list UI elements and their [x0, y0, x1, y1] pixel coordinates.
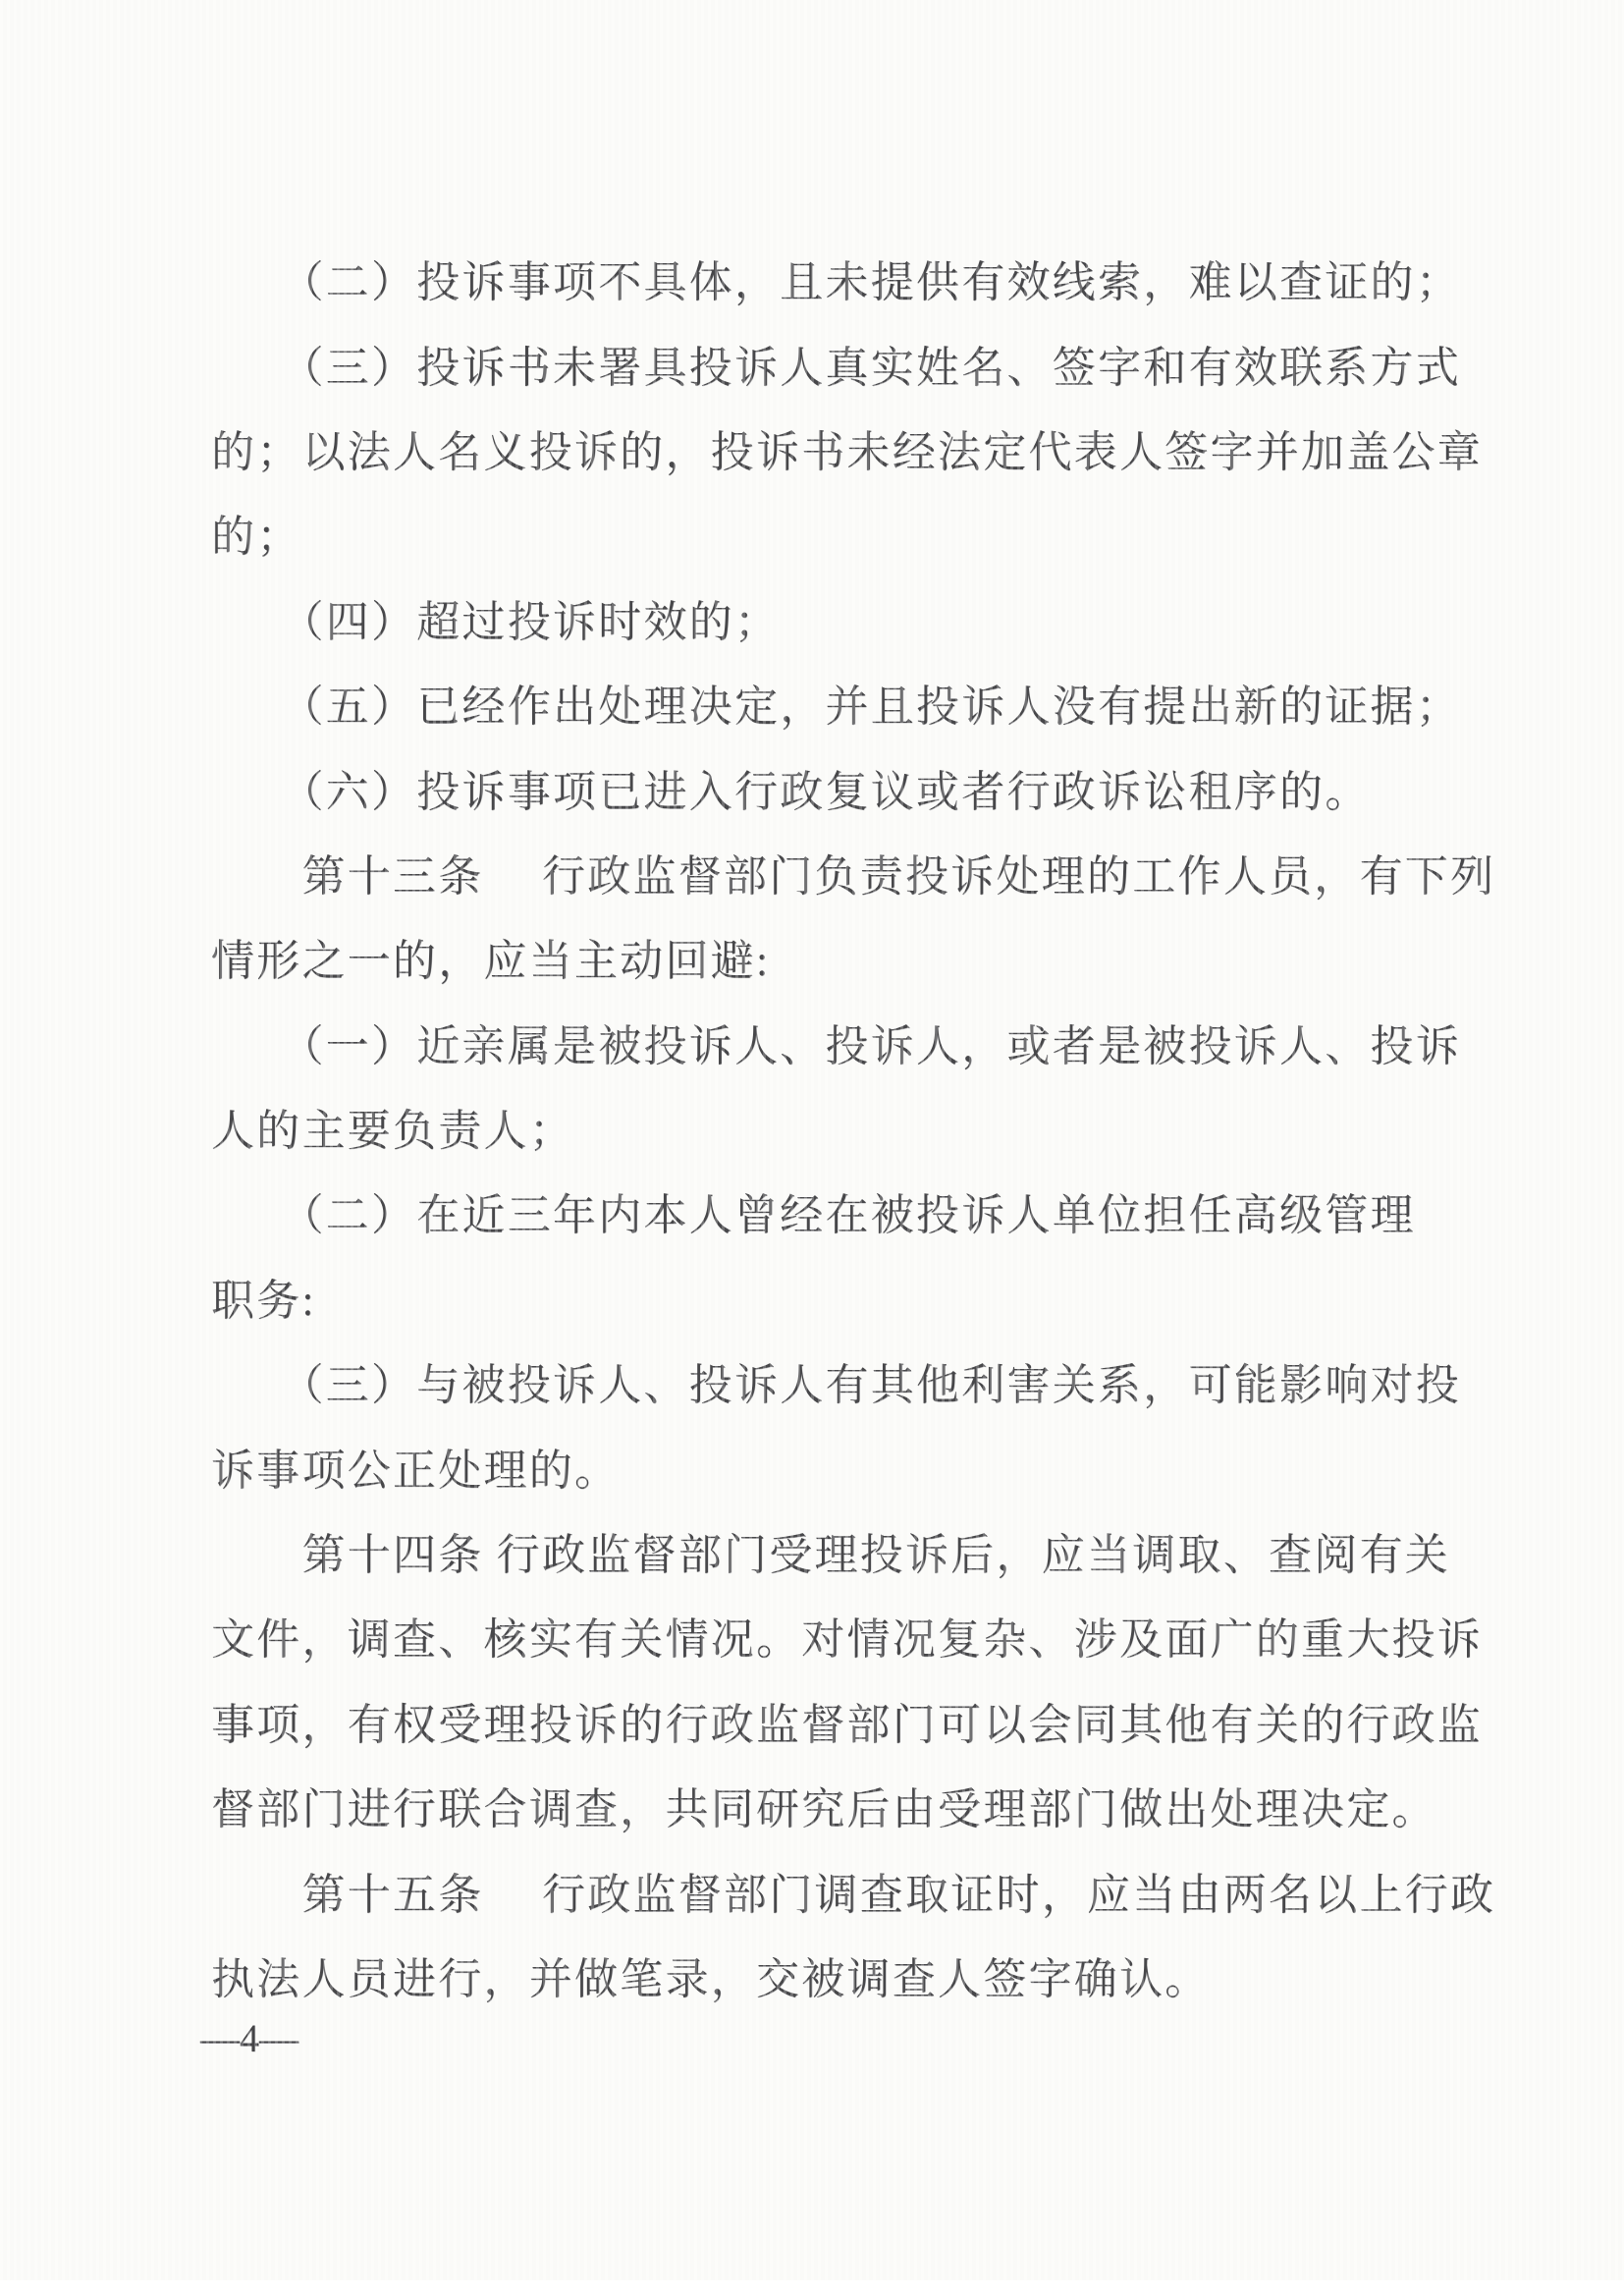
text-line: 职务: [211, 1254, 1495, 1339]
text-line: 督部门进行联合调查，共同研究后由受理部门做出处理决定。 [211, 1763, 1495, 1847]
text-line: （四）超过投诉时效的； [211, 575, 1495, 660]
text-line: 情形之一的，应当主动回避: [211, 914, 1495, 999]
scan-page-bottom-edge [0, 2280, 1624, 2296]
text-line-article-14: 第十四条 行政监督部门受理投诉后，应当调取、查阅有关 [211, 1508, 1495, 1593]
text-line: 人的主要负责人； [211, 1084, 1495, 1169]
text-line: （三）与被投诉人、投诉人有其他利害关系，可能影响对投 [211, 1339, 1495, 1423]
text-line: 诉事项公正处理的。 [211, 1423, 1495, 1507]
text-line: 的；以法人名义投诉的，投诉书未经法定代表人签字并加盖公章 [211, 406, 1495, 490]
text-line: （二）投诉事项不具体，且未提供有效线索，难以查证的； [211, 236, 1495, 320]
page-number: —4— [200, 2015, 298, 2061]
text-line: （六）投诉事项已进入行政复议或者行政诉讼租序的。 [211, 744, 1495, 829]
document-body-text: （二）投诉事项不具体，且未提供有效线索，难以查证的； （三）投诉书未署具投诉人真… [211, 236, 1495, 2017]
text-line: 执法人员进行，并做笔录，交被调查人签字确认。 [211, 1933, 1495, 2017]
text-line: （一）近亲属是被投诉人、投诉人，或者是被投诉人、投诉 [211, 1000, 1495, 1084]
text-line: 的； [211, 490, 1495, 574]
text-line: （二）在近三年内本人曾经在被投诉人单位担任高级管理 [211, 1169, 1495, 1253]
text-line-article-13: 第十三条 行政监督部门负责投诉处理的工作人员，有下列 [211, 830, 1495, 914]
text-line: （五）已经作出处理决定，并且投诉人没有提出新的证据； [211, 660, 1495, 744]
text-line: 文件，调查、核实有关情况。对情况复杂、涉及面广的重大投诉 [211, 1593, 1495, 1677]
scanned-document-page: （二）投诉事项不具体，且未提供有效线索，难以查证的； （三）投诉书未署具投诉人真… [0, 0, 1624, 2296]
text-line: 事项，有权受理投诉的行政监督部门可以会同其他有关的行政监 [211, 1678, 1495, 1763]
text-line: （三）投诉书未署具投诉人真实姓名、签字和有效联系方式 [211, 320, 1495, 405]
text-line-article-15: 第十五条 行政监督部门调查取证时，应当由两名以上行政 [211, 1847, 1495, 1932]
